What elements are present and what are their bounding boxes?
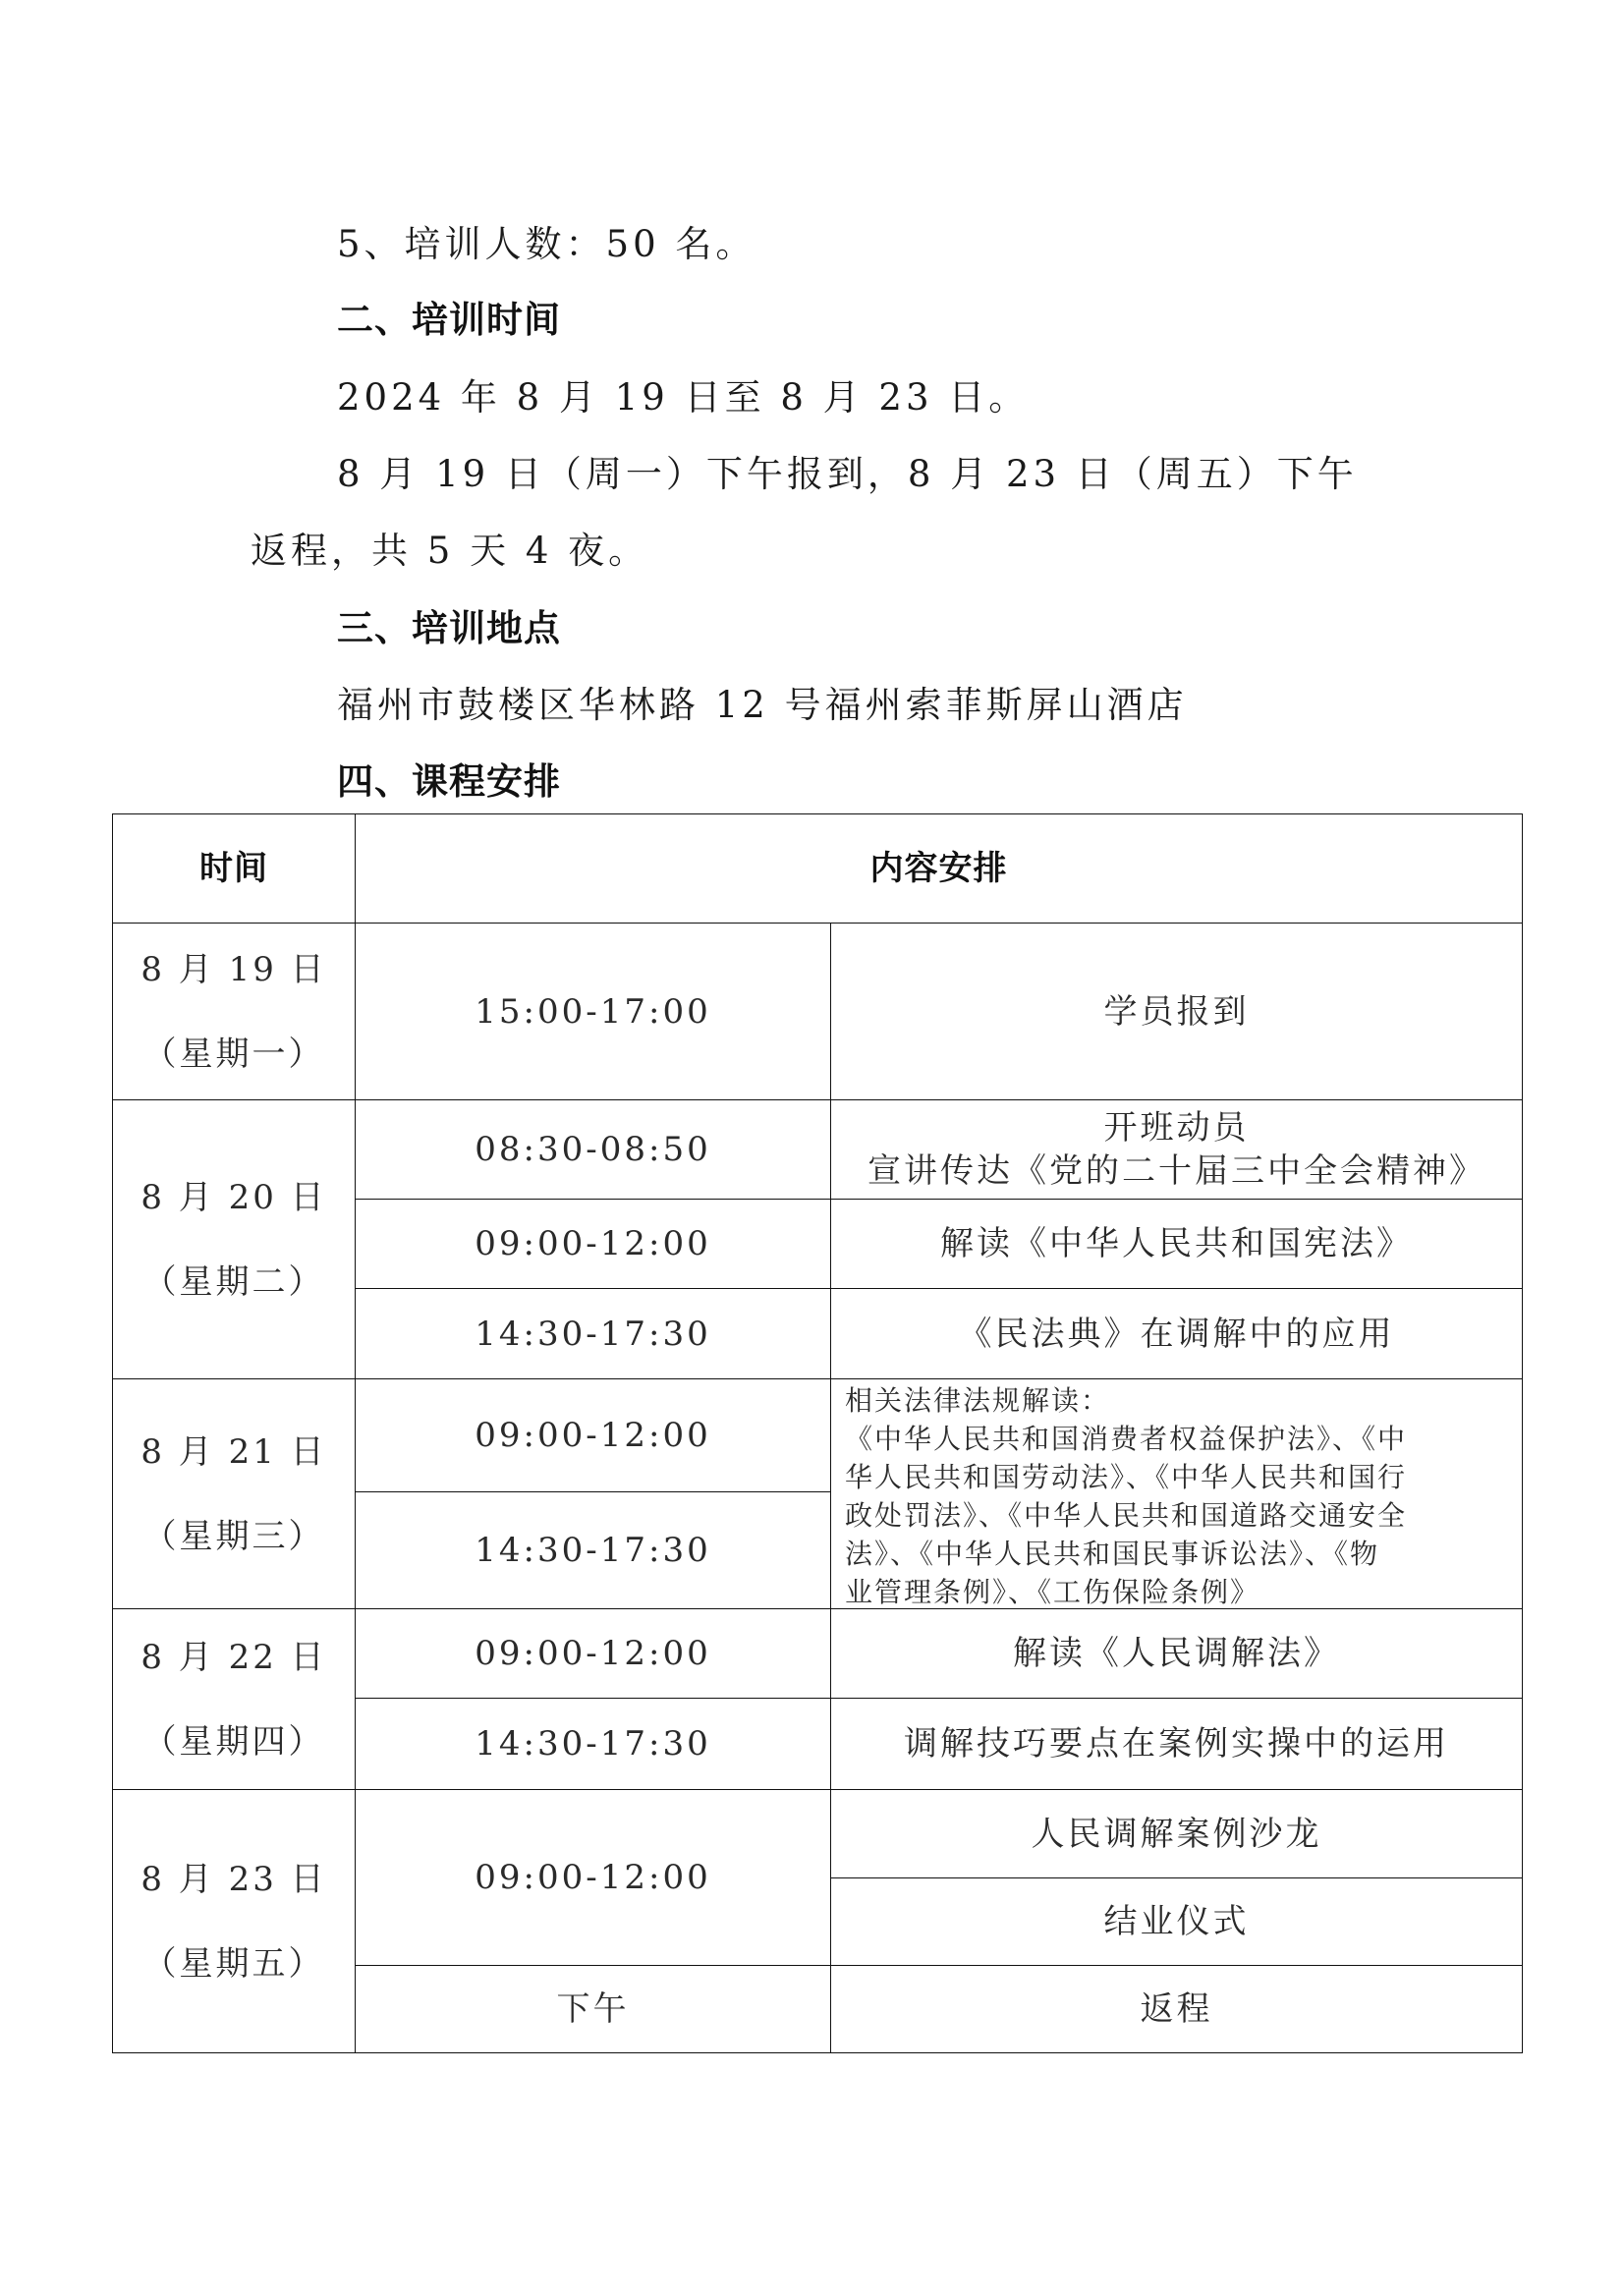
content-cell: 开班动员 宣讲传达《党的二十届三中全会精神》	[830, 1099, 1523, 1200]
content-line: 开班动员	[1104, 1106, 1250, 1149]
time-cell: 14:30-17:30	[355, 1491, 831, 1609]
date-cell-aug20: 8 月 20 日 （星期二）	[112, 1099, 356, 1379]
paragraph-trainee-count: 5、培训人数：50 名。	[337, 220, 756, 269]
heading-training-location: 三、培训地点	[337, 604, 561, 653]
content-cell: 调解技巧要点在案例实操中的运用	[830, 1698, 1523, 1790]
weekday-label: （星期二）	[143, 1260, 325, 1305]
date-label: 8 月 19 日	[140, 947, 326, 992]
weekday-label: （星期三）	[143, 1514, 325, 1559]
content-line: 政处罚法》、《中华人民共和国道路交通安全	[845, 1496, 1407, 1535]
time-cell: 08:30-08:50	[355, 1099, 831, 1200]
weekday-label: （星期一）	[143, 1032, 325, 1077]
content-cell: 解读《人民调解法》	[830, 1608, 1523, 1699]
content-line: 法》、《中华人民共和国民事诉讼法》、《物	[845, 1535, 1379, 1573]
date-label: 8 月 20 日	[140, 1175, 326, 1220]
paragraph-location-address: 福州市鼓楼区华林路 12 号福州索菲斯屏山酒店	[337, 681, 1188, 730]
content-cell: 结业仪式	[830, 1877, 1523, 1966]
content-line: 华人民共和国劳动法》、《中华人民共和国行	[845, 1458, 1407, 1496]
content-line: 宣讲传达《党的二十届三中全会精神》	[867, 1149, 1485, 1193]
date-cell-aug19: 8 月 19 日 （星期一）	[112, 923, 356, 1100]
time-cell: 下午	[355, 1965, 831, 2053]
weekday-label: （星期五）	[143, 1941, 325, 1987]
weekday-label: （星期四）	[143, 1719, 325, 1764]
date-label: 8 月 23 日	[140, 1857, 326, 1902]
content-cell: 《民法典》在调解中的应用	[830, 1288, 1523, 1379]
time-cell: 14:30-17:30	[355, 1288, 831, 1379]
schedule-table: 时间 内容安排 8 月 19 日 （星期一） 15:00-17:00 学员报到 …	[112, 813, 1523, 2053]
date-label: 8 月 22 日	[140, 1635, 326, 1680]
date-cell-aug23: 8 月 23 日 （星期五）	[112, 1789, 356, 2053]
content-line: 业管理条例》、《工伤保险条例》	[845, 1573, 1259, 1611]
time-cell: 09:00-12:00	[355, 1378, 831, 1492]
time-cell: 09:00-12:00	[355, 1199, 831, 1289]
paragraph-arrival-departure: 8 月 19 日（周一）下午报到，8 月 23 日（周五）下午	[337, 450, 1358, 499]
paragraph-training-dates: 2024 年 8 月 19 日至 8 月 23 日。	[337, 373, 1029, 422]
time-cell: 14:30-17:30	[355, 1698, 831, 1790]
content-cell: 学员报到	[830, 923, 1523, 1100]
content-cell: 返程	[830, 1965, 1523, 2053]
content-cell-laws: 相关法律法规解读： 《中华人民共和国消费者权益保护法》、《中 华人民共和国劳动法…	[830, 1378, 1523, 1609]
date-cell-aug22: 8 月 22 日 （星期四）	[112, 1608, 356, 1790]
heading-course-schedule: 四、课程安排	[337, 757, 561, 807]
header-time: 时间	[112, 813, 356, 924]
time-cell: 09:00-12:00	[355, 1789, 831, 1966]
content-cell: 人民调解案例沙龙	[830, 1789, 1523, 1878]
content-line: 《中华人民共和国消费者权益保护法》、《中	[845, 1420, 1407, 1458]
date-cell-aug21: 8 月 21 日 （星期三）	[112, 1378, 356, 1609]
time-cell: 15:00-17:00	[355, 923, 831, 1100]
heading-training-time: 二、培训时间	[337, 296, 561, 345]
header-content: 内容安排	[355, 813, 1523, 924]
paragraph-arrival-departure-cont: 返程，共 5 天 4 夜。	[251, 527, 648, 576]
date-label: 8 月 21 日	[140, 1429, 326, 1475]
content-cell: 解读《中华人民共和国宪法》	[830, 1199, 1523, 1289]
content-line: 相关法律法规解读：	[845, 1381, 1110, 1420]
time-cell: 09:00-12:00	[355, 1608, 831, 1699]
